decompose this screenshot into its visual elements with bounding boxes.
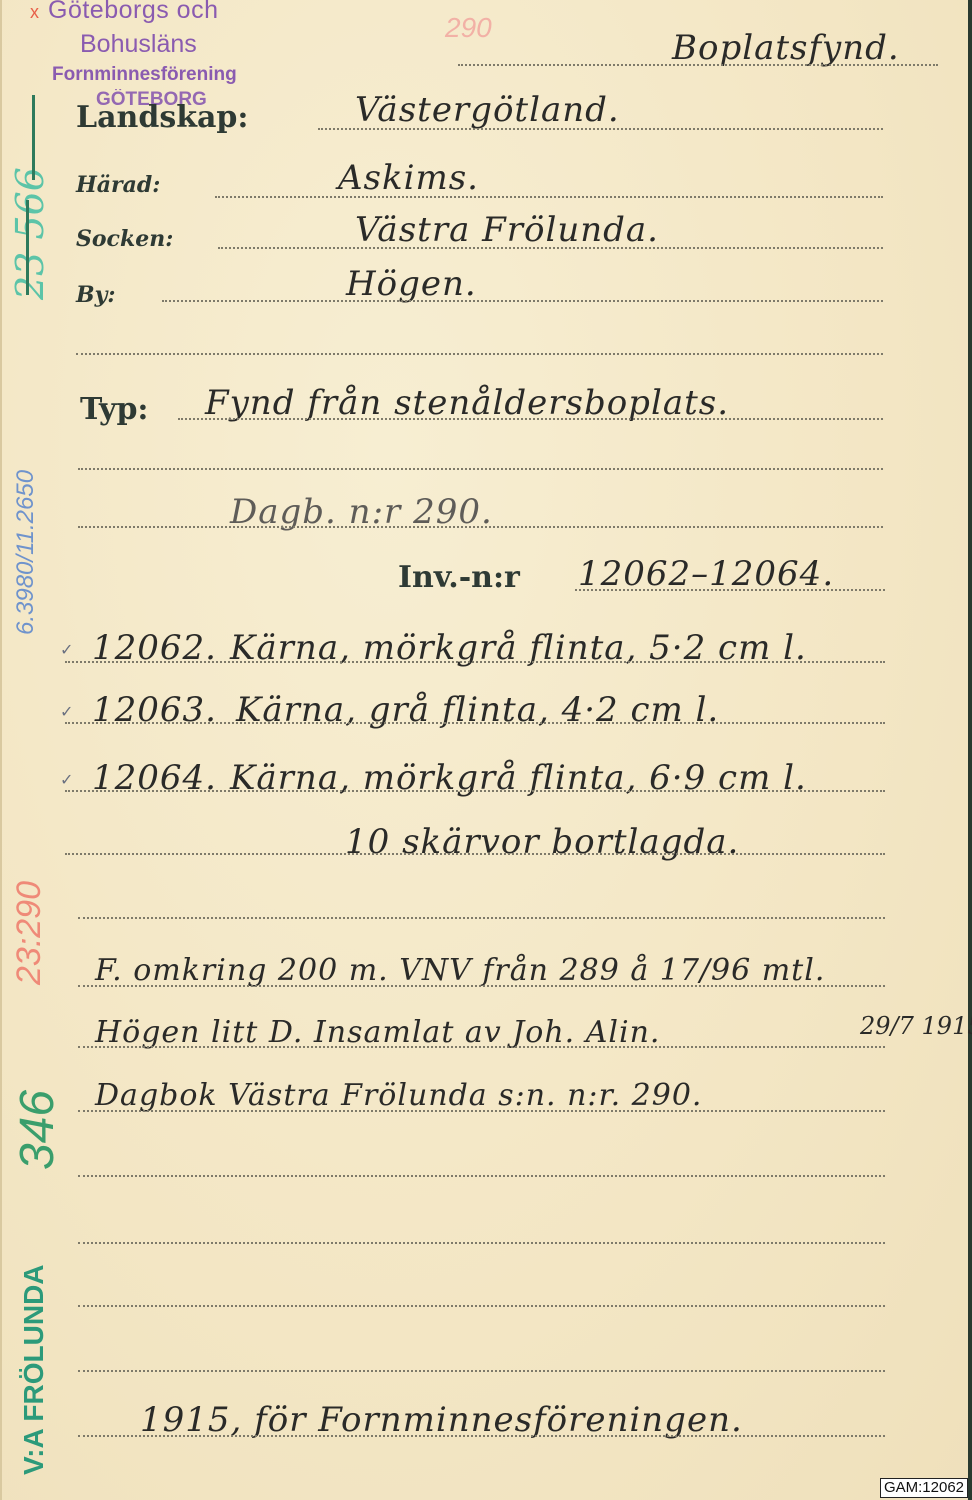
- by-line: [162, 300, 883, 302]
- items-note-line: [65, 853, 885, 855]
- inv-label: Inv.-n:r: [398, 560, 520, 595]
- card-left-edge: [0, 0, 2, 1500]
- by-label: By:: [76, 282, 116, 308]
- margin-location-stamp: V:A FRÖLUNDA: [18, 1264, 50, 1475]
- harad-label: Härad:: [76, 172, 160, 198]
- item-line: [65, 661, 885, 663]
- note-line-1: F. omkring 200 m. VNV från 289 å 17/96 m…: [95, 953, 825, 988]
- note-date: 29/7 1915.: [860, 1012, 972, 1040]
- margin-green-number: 346: [10, 1090, 65, 1170]
- note-rule-3: [78, 1110, 885, 1112]
- socken-line: [218, 247, 883, 249]
- stamp-line-3: Fornminnesförening: [52, 65, 302, 84]
- blank-line-2: [78, 468, 883, 470]
- strike-mark: [26, 200, 29, 295]
- margin-blue-reference: 6.3980/11.2650: [12, 470, 40, 635]
- blank-line-1: [76, 353, 883, 355]
- note-rule-2: [78, 1046, 885, 1048]
- blank-line-5: [78, 1242, 885, 1244]
- category-value: Boplatsfynd.: [672, 28, 900, 68]
- checkmark-icon: ✓: [60, 640, 73, 659]
- inv-line: [575, 589, 885, 591]
- by-value: Högen.: [346, 264, 477, 304]
- dagbok-line: [78, 526, 883, 528]
- landskap-label: Landskap:: [76, 100, 249, 135]
- blank-line-7: [78, 1370, 885, 1372]
- socken-value: Västra Frölunda.: [355, 210, 659, 250]
- harad-line: [215, 196, 883, 198]
- item-line: [65, 790, 885, 792]
- acquisition-note: 1915, för Fornminnesföreningen.: [140, 1400, 743, 1440]
- margin-struck-number: 23 566: [8, 167, 52, 300]
- margin-red-reference: 23:290: [10, 881, 49, 985]
- blank-line-6: [78, 1305, 885, 1307]
- checkmark-icon: ✓: [60, 770, 73, 789]
- checkmark-icon: ✓: [60, 702, 73, 721]
- item-number: 12064.: [92, 758, 217, 798]
- items-note: 10 skärvor bortlagda.: [345, 822, 739, 862]
- note-line-2: Högen litt D. Insamlat av Joh. Alin.: [95, 1015, 660, 1050]
- item-description: Kärna, mörkgrå flinta, 6·9 cm l.: [230, 758, 807, 798]
- card-right-edge: [968, 0, 972, 1500]
- red-x-mark: x: [30, 2, 39, 23]
- socken-label: Socken:: [76, 226, 173, 252]
- item-number: 12063.: [92, 690, 217, 730]
- strike-mark: [32, 95, 35, 180]
- item-line: [65, 722, 885, 724]
- harad-value: Askims.: [338, 158, 479, 198]
- note-line-3: Dagbok Västra Frölunda s:n. n:r. 290.: [95, 1078, 702, 1113]
- typ-line: [178, 418, 883, 420]
- note-rule-1: [78, 985, 885, 987]
- inv-value: 12062–12064.: [578, 554, 834, 594]
- typ-label: Typ:: [80, 392, 149, 427]
- category-line: [458, 64, 938, 66]
- blank-line-4: [78, 1175, 885, 1177]
- stamp-line-2: Bohusläns: [80, 32, 280, 57]
- typ-value: Fynd från stenåldersboplats.: [205, 383, 729, 423]
- landskap-line: [318, 128, 883, 130]
- blank-line-3: [78, 917, 885, 919]
- stamp-line-1: Göteborgs och: [48, 0, 298, 23]
- acquisition-line: [78, 1435, 885, 1437]
- catalog-id-label: GAM:12062: [880, 1478, 968, 1498]
- pink-number-mark: 290: [445, 12, 492, 44]
- item-description: Kärna, grå flinta, 4·2 cm l.: [236, 690, 719, 730]
- landskap-value: Västergötland.: [355, 90, 620, 130]
